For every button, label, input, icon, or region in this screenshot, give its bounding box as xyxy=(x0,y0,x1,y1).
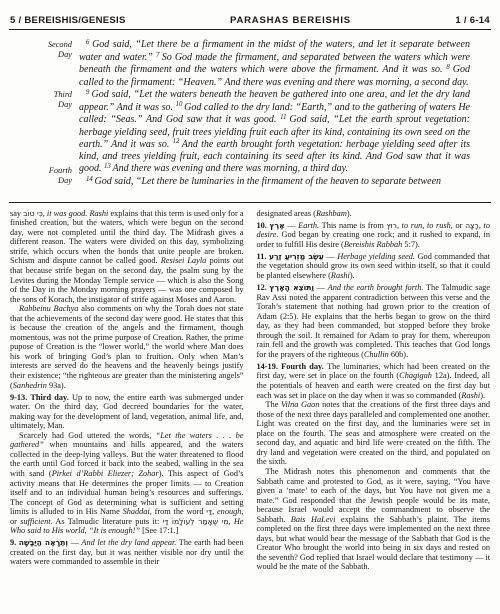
parashah-title: PARASHAS BEREISHIS xyxy=(230,15,351,26)
commentary-left-column: say כִּי טוֹב, it was good. Rashi explai… xyxy=(10,209,244,572)
verse-section-fourth-day: Fourth Day 14 God said, “Let there be lu… xyxy=(8,176,470,197)
commentary-note-9: 9. וְתֵרָאֶה הַיַּבָּשָׁה — And let the … xyxy=(10,538,244,567)
commentary-note-12: 12. וַתּוֹצֵא הָאָרֶץ — And the earth br… xyxy=(257,283,491,359)
chapter-verse-reference: 1 / 6-14 xyxy=(455,15,490,26)
commentary-panel: say כִּי טוֹב, it was good. Rashi explai… xyxy=(10,209,490,572)
book-page-number: 5 / BEREISHIS/GENESIS xyxy=(10,15,126,26)
verse-paragraph: 14 God said, “Let there be luminaries in… xyxy=(79,176,470,197)
commentary-divider-rule xyxy=(9,202,491,203)
translation-panel: Second Day 6 God said, “Let there be a f… xyxy=(8,39,470,197)
verse-paragraph: 6 God said, “Let there be a firmament in… xyxy=(79,39,470,89)
commentary-paragraph: designated areas (Rashbam). xyxy=(257,209,491,219)
verse-section-second-day: Second Day 6 God said, “Let there be a f… xyxy=(8,39,470,89)
commentary-paragraph: Scarcely had God uttered the words, “Let… xyxy=(10,431,244,536)
day-label-third: Third Day xyxy=(8,89,79,176)
verse-section-third-day: Third Day 9 God said, “Let the waters be… xyxy=(8,89,470,176)
day-label-second: Second Day xyxy=(8,39,79,89)
commentary-right-column: designated areas (Rashbam). 10. אֶרֶץ — … xyxy=(257,209,491,572)
commentary-paragraph: The Midrash notes this phenomenon and co… xyxy=(257,467,491,572)
commentary-paragraph: say כִּי טוֹב, it was good. Rashi explai… xyxy=(10,209,244,304)
day-label-fourth: Fourth Day xyxy=(8,165,79,186)
page-header: 5 / BEREISHIS/GENESIS PARASHAS BEREISHIS… xyxy=(9,0,491,30)
commentary-note-9-13: 9-13. Third day. Up to now, the entire e… xyxy=(10,393,244,431)
commentary-paragraph: The Vilna Gaon notes that the creations … xyxy=(257,400,491,467)
verse-paragraph: 9 God said, “Let the waters beneath the … xyxy=(79,89,470,176)
commentary-note-14-19: 14-19. Fourth day. The luminaries, which… xyxy=(257,362,491,400)
commentary-note-10: 10. אֶרֶץ — Earth. This name is from רוּ… xyxy=(257,221,491,250)
commentary-paragraph: Rabbeinu Bachya also comments on why the… xyxy=(10,304,244,390)
commentary-note-11: 11. עֵשֶׂב מַזְרִיעַ זֶרַע — Herbage yie… xyxy=(257,252,491,281)
chumash-page: 5 / BEREISHIS/GENESIS PARASHAS BEREISHIS… xyxy=(0,0,500,614)
